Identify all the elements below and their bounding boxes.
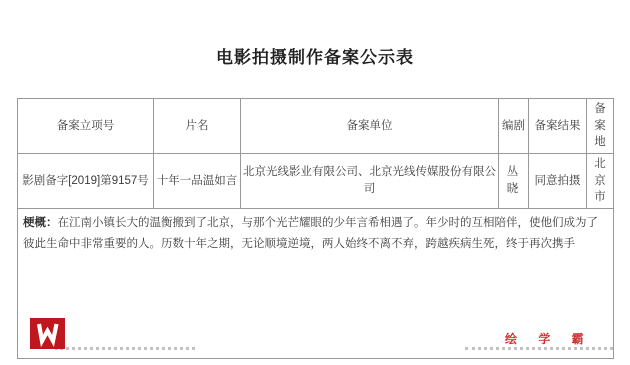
- cell-record-result: 同意拍摄: [529, 154, 587, 209]
- synopsis-text: 在江南小镇长大的温衡搬到了北京，与那个光芒耀眼的少年言希相遇了。年少时的互相陪伴…: [23, 217, 598, 250]
- cell-record-location: 北京市: [587, 154, 614, 209]
- column-header-film-title: 片名: [154, 99, 241, 154]
- cell-film-title: 十年一品温如言: [154, 154, 241, 209]
- table-header-row: 备案立项号 片名 备案单位 编剧 备案结果 备案地: [18, 99, 614, 154]
- column-header-record-result: 备案结果: [529, 99, 587, 154]
- brand-logo: [30, 318, 65, 349]
- cell-record-unit: 北京光线影业有限公司、北京光线传媒股份有限公司: [241, 154, 499, 209]
- cell-record-number: 影剧备字[2019]第9157号: [18, 154, 154, 209]
- watermark-smudge-left: [55, 347, 195, 350]
- page-title: 电影拍摄制作备案公示表: [0, 43, 630, 68]
- cell-screenwriter: 丛晓: [499, 154, 529, 209]
- brand-watermark-text: 绘 学 霸: [505, 330, 593, 347]
- watermark-smudge-right: [465, 347, 613, 350]
- film-record-table: 备案立项号 片名 备案单位 编剧 备案结果 备案地 影剧备字[2019]第915…: [17, 98, 614, 359]
- table-row: 影剧备字[2019]第9157号 十年一品温如言 北京光线影业有限公司、北京光线…: [18, 154, 614, 209]
- logo-w-icon: [30, 318, 65, 349]
- column-header-record-unit: 备案单位: [241, 99, 499, 154]
- column-header-record-location: 备案地: [587, 99, 614, 154]
- synopsis-label: 梗概：: [23, 217, 58, 229]
- column-header-record-number: 备案立项号: [18, 99, 154, 154]
- column-header-screenwriter: 编剧: [499, 99, 529, 154]
